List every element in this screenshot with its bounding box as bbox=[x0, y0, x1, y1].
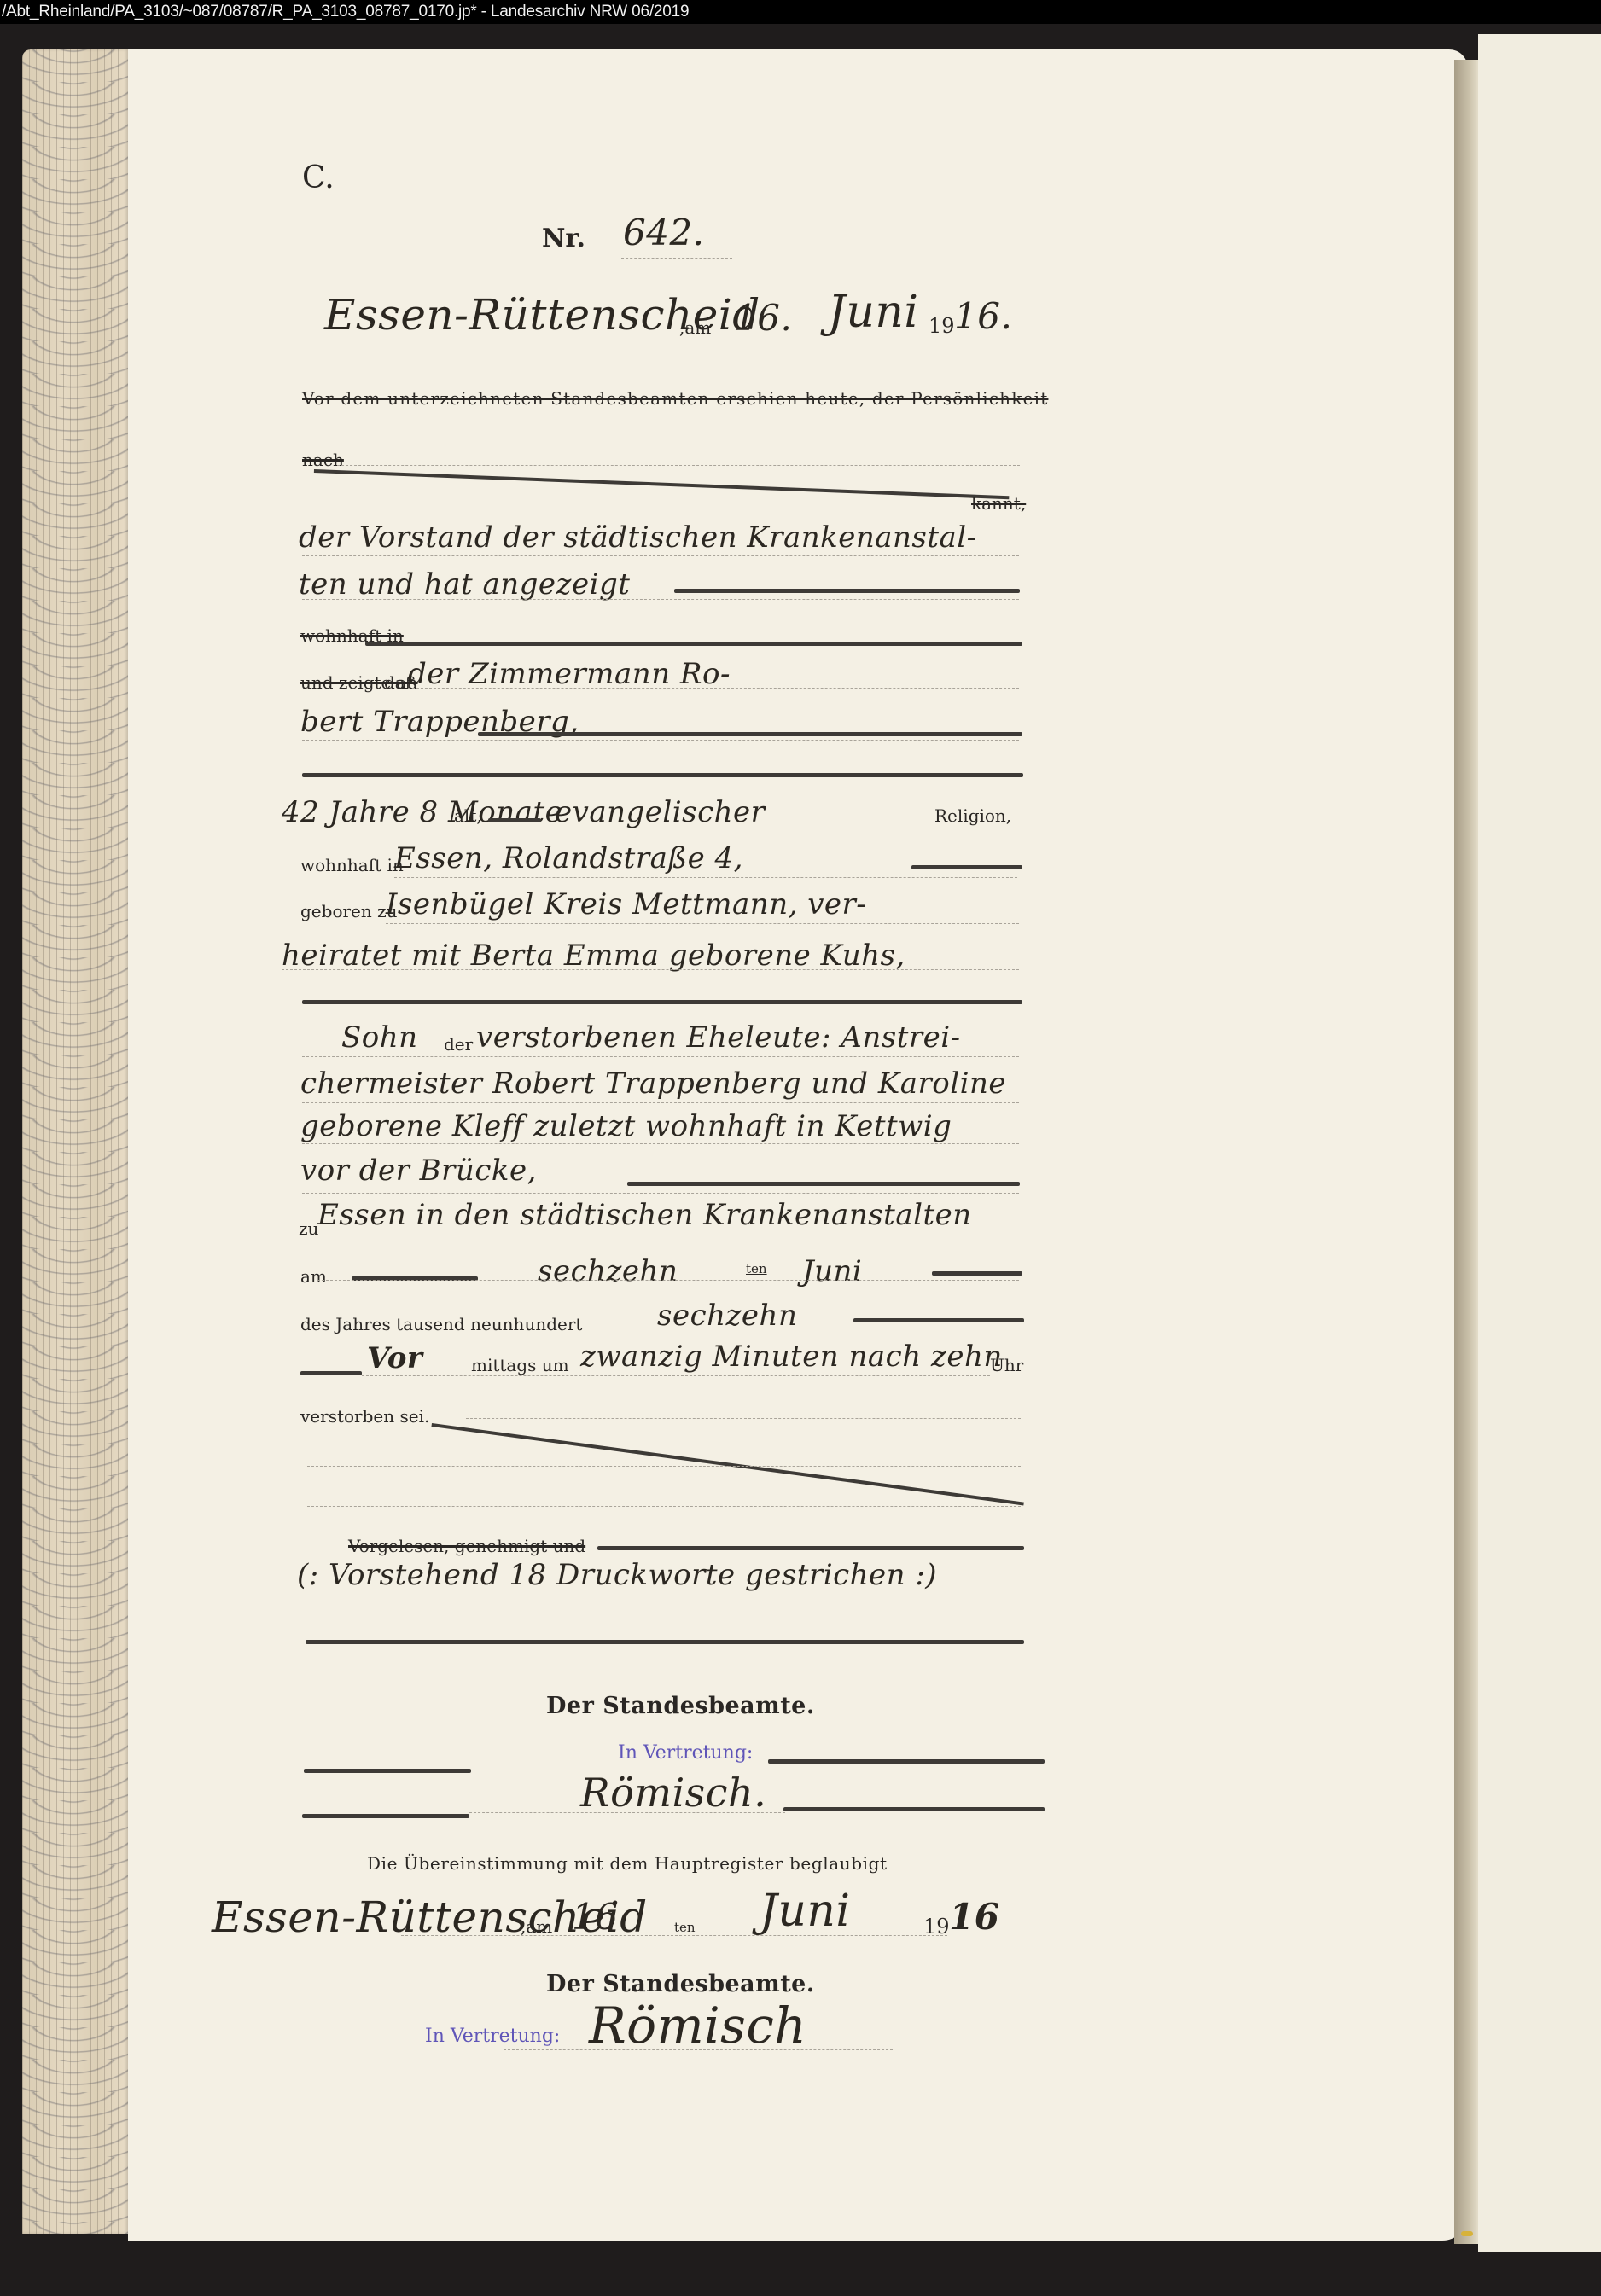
deceased-line-1: der Zimmermann Ro- bbox=[408, 657, 731, 691]
registration-year-suffix: 16. bbox=[954, 295, 1012, 337]
certification-signature: Römisch bbox=[589, 1997, 806, 2055]
struck-kannt: kannt, bbox=[971, 493, 1026, 514]
geboren-label: geboren zu bbox=[300, 901, 398, 921]
registration-month: Juni bbox=[828, 287, 918, 338]
parents-line-4: vor der Brücke, bbox=[300, 1154, 537, 1188]
birthplace-line-2: heiratet mit Berta Emma geborene Kuhs, bbox=[282, 939, 905, 973]
year-prefix: 19 bbox=[929, 314, 955, 338]
number-label: Nr. bbox=[542, 224, 585, 253]
certification-year-suffix: 16 bbox=[949, 1896, 999, 1938]
death-time: zwanzig Minuten nach zehn bbox=[580, 1340, 1003, 1374]
parents-line-1: verstorbenen Eheleute: Anstrei- bbox=[476, 1020, 961, 1055]
strike-diagonal-2 bbox=[431, 1423, 1023, 1506]
mittags-label: mittags um bbox=[471, 1355, 569, 1375]
ten-label: ten bbox=[746, 1261, 767, 1276]
verstorben-label: verstorben sei. bbox=[300, 1406, 429, 1427]
birthplace-line-1: Isenbügel Kreis Mettmann, ver- bbox=[386, 887, 866, 921]
informant-line-1: der Vorstand der städtischen Krankenanst… bbox=[299, 520, 977, 555]
certification-statement: Die Übereinstimmung mit dem Hauptregiste… bbox=[367, 1853, 888, 1874]
death-record-form: C. Nr. 642. Essen-Rüttenscheid ,am 16. J… bbox=[0, 0, 1601, 2296]
religion-value: evangelischer bbox=[555, 795, 765, 829]
struck-vorgelesen: Vorgelesen, genehmigt und bbox=[348, 1536, 585, 1556]
registrar-signature: Römisch. bbox=[580, 1770, 766, 1816]
record-number: 642. bbox=[623, 212, 705, 253]
certification-in-vertretung-stamp: In Vertretung: bbox=[425, 2026, 560, 2047]
correction-note: (: Vorstehend 18 Druckworte gestrichen :… bbox=[297, 1558, 937, 1592]
death-day: sechzehn bbox=[538, 1254, 678, 1288]
informant-line-2: ten und hat angezeigt bbox=[299, 567, 630, 602]
struck-intro-text: Vor dem unterzeichneten Standesbeamten e… bbox=[302, 388, 1048, 409]
wohnhaft-label: wohnhaft in bbox=[300, 855, 404, 875]
parents-der-label: der bbox=[444, 1034, 473, 1055]
vor-prefix: Vor bbox=[367, 1341, 422, 1375]
section-letter: C. bbox=[302, 160, 335, 195]
certification-month: Juni bbox=[760, 1886, 850, 1937]
struck-nach: nach bbox=[302, 450, 344, 470]
registrar-heading: Der Standesbeamte. bbox=[546, 1693, 815, 1719]
strike-diagonal bbox=[314, 469, 1010, 499]
residence-value: Essen, Rolandstraße 4, bbox=[394, 841, 743, 875]
certification-am-label: ,am bbox=[521, 1916, 552, 1937]
zu-label: zu bbox=[299, 1218, 318, 1239]
parents-line-2: chermeister Robert Trappenberg und Karol… bbox=[300, 1067, 1006, 1101]
am-label-2: am bbox=[300, 1266, 327, 1287]
year-label: des Jahres tausend neunhundert bbox=[300, 1314, 582, 1334]
registration-day: 16. bbox=[734, 297, 792, 339]
am-label: ,am bbox=[679, 317, 711, 338]
age-value: 42 Jahre 8 Monate bbox=[282, 795, 562, 829]
certification-day: 16 bbox=[572, 1896, 618, 1938]
religion-label: Religion, bbox=[934, 805, 1011, 826]
certification-heading: Der Standesbeamte. bbox=[546, 1971, 815, 1997]
certification-ten-label: ten bbox=[674, 1920, 696, 1935]
parents-son-of: Sohn bbox=[341, 1020, 418, 1055]
death-month: Juni bbox=[802, 1254, 862, 1288]
in-vertretung-stamp: In Vertretung: bbox=[618, 1742, 753, 1764]
parents-line-3: geborene Kleff zuletzt wohnhaft in Kettw… bbox=[300, 1109, 952, 1143]
uhr-label: Uhr bbox=[990, 1355, 1023, 1375]
death-place: Essen in den städtischen Krankenanstalte… bbox=[317, 1198, 972, 1232]
alt-label: alt, bbox=[454, 805, 482, 826]
